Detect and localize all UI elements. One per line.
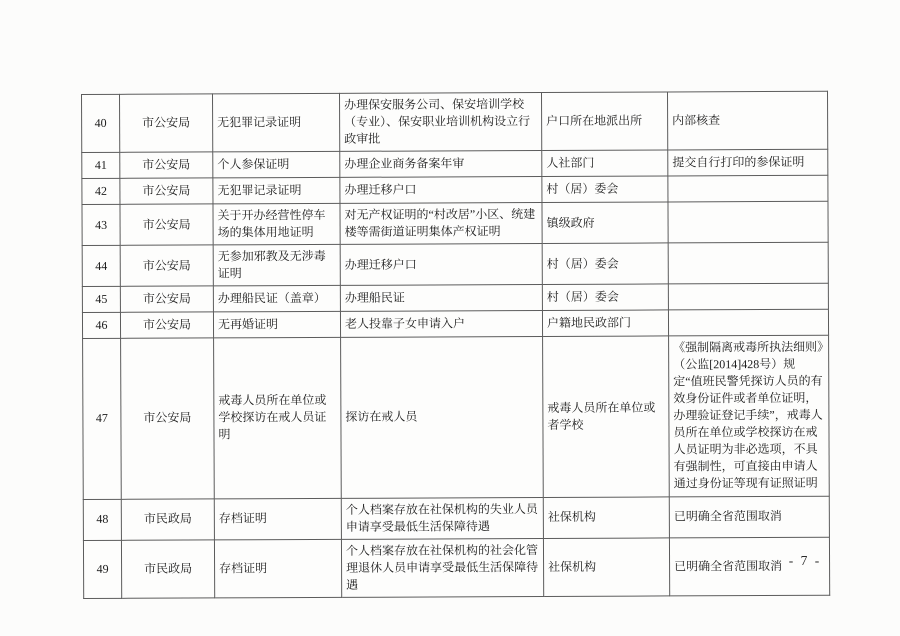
cell-department: 市公安局 [120,312,213,338]
cell-purpose: 办理迁移户口 [340,244,542,286]
cell-sequence-number: 44 [82,245,120,286]
cell-certificate-name: 存档证明 [214,498,341,540]
cell-department: 市公安局 [120,245,213,286]
cell-certificate-name: 戒毒人员所在单位或学校探访在戒人员证明 [214,338,342,499]
cell-issuing-unit: 户口所在地派出所 [541,92,667,151]
page-number: - 7 - [770,553,840,569]
cell-sequence-number: 41 [82,152,120,178]
table-row: 49 市民政局 存档证明 个人档案存放在社保机构的社会化管理退休人员申请享受最低… [83,537,829,598]
cell-remark [668,309,828,336]
table-row: 45 市公安局 办理船民证（盖章） 办理船民证 村（居）委会 [82,283,828,312]
cell-certificate-name: 无犯罪记录证明 [213,177,340,204]
cell-issuing-unit: 户籍地民政部门 [542,310,668,337]
cell-sequence-number: 43 [82,204,120,245]
cell-issuing-unit: 村（居）委会 [542,176,668,203]
cell-issuing-unit: 社保机构 [543,537,669,596]
cell-remark: 提交自行打印的参保证明 [668,149,828,176]
table-row: 46 市公安局 无再婚证明 老人投靠子女申请入户 户籍地民政部门 [82,309,828,338]
cell-purpose: 对无产权证明的“村改居”小区、统建楼等需街道证明集体产权证明 [340,203,542,245]
cell-certificate-name: 个人参保证明 [213,151,340,178]
cell-department: 市公安局 [120,152,213,178]
cell-remark: 《强制隔离戒毒所执法细则》（公监[2014]428号）规定“值班民警凭探访人员的… [669,335,830,496]
cell-issuing-unit: 戒毒人员所在单位或者学校 [543,336,670,497]
cell-remark: 内部核查 [667,91,827,150]
table-body: 40 市公安局 无犯罪记录证明 办理保安服务公司、保安培训学校（专业）、保安职业… [82,91,830,598]
cell-certificate-name: 无再婚证明 [213,312,340,339]
cell-certificate-name: 关于开办经营性停车场的集体用地证明 [213,203,340,245]
cell-remark [668,201,828,243]
table-row: 48 市民政局 存档证明 个人档案存放在社保机构的失业人员申请享受最低生活保障待… [83,496,829,540]
cell-purpose: 老人投靠子女申请入户 [340,311,542,338]
cell-department: 市公安局 [120,204,213,245]
cell-sequence-number: 49 [83,540,121,598]
table-row: 42 市公安局 无犯罪记录证明 办理迁移户口 村（居）委会 [82,175,828,204]
cell-purpose: 办理企业商务备案年审 [340,151,542,178]
table-row: 47 市公安局 戒毒人员所在单位或学校探访在戒人员证明 探访在戒人员 戒毒人员所… [83,335,830,499]
cell-department: 市民政局 [121,498,214,539]
cell-department: 市公安局 [120,286,213,312]
cell-sequence-number: 46 [82,313,120,339]
cell-department: 市公安局 [120,178,213,204]
cell-certificate-name: 存档证明 [214,539,341,598]
cell-remark [668,175,828,202]
cell-department: 市公安局 [121,338,215,499]
cell-sequence-number: 42 [82,178,120,204]
cell-issuing-unit: 村（居）委会 [542,243,668,285]
cell-sequence-number: 40 [82,94,120,152]
cell-issuing-unit: 人社部门 [542,150,668,177]
cell-purpose: 办理保安服务公司、保安培训学校（专业）、保安职业培训机构设立行政审批 [339,92,541,151]
cell-sequence-number: 45 [82,287,120,313]
cell-purpose: 办理迁移户口 [340,177,542,204]
cell-certificate-name: 无参加邪教及无涉毒证明 [213,245,340,287]
cancelled-certificates-table: 40 市公安局 无犯罪记录证明 办理保安服务公司、保安培训学校（专业）、保安职业… [81,91,830,599]
scanned-sheet: 40 市公安局 无犯罪记录证明 办理保安服务公司、保安培训学校（专业）、保安职业… [81,91,830,599]
cell-purpose: 办理船民证 [340,285,542,312]
cell-purpose: 个人档案存放在社保机构的失业人员申请享受最低生活保障待遇 [341,497,543,539]
cell-department: 市公安局 [120,94,213,152]
cell-issuing-unit: 镇级政府 [542,202,668,244]
table-row: 41 市公安局 个人参保证明 办理企业商务备案年审 人社部门 提交自行打印的参保… [82,149,828,178]
table-row: 43 市公安局 关于开办经营性停车场的集体用地证明 对无产权证明的“村改居”小区… [82,201,828,245]
document-page: 40 市公安局 无犯罪记录证明 办理保安服务公司、保安培训学校（专业）、保安职业… [0,0,900,636]
cell-purpose: 探访在戒人员 [341,337,544,498]
table-row: 40 市公安局 无犯罪记录证明 办理保安服务公司、保安培训学校（专业）、保安职业… [82,91,828,152]
cell-remark [668,283,828,310]
cell-remark [668,242,828,284]
cell-remark: 已明确全省范围取消 [669,496,829,538]
cell-certificate-name: 办理船民证（盖章） [213,286,340,313]
cell-sequence-number: 48 [83,499,121,540]
cell-sequence-number: 47 [83,339,122,499]
table-row: 44 市公安局 无参加邪教及无涉毒证明 办理迁移户口 村（居）委会 [82,242,828,286]
cell-department: 市民政局 [121,539,214,597]
cell-issuing-unit: 社保机构 [543,496,669,538]
cell-certificate-name: 无犯罪记录证明 [213,93,340,152]
cell-issuing-unit: 村（居）委会 [542,284,668,311]
cell-purpose: 个人档案存放在社保机构的社会化管理退休人员申请享受最低生活保障待遇 [341,538,543,597]
